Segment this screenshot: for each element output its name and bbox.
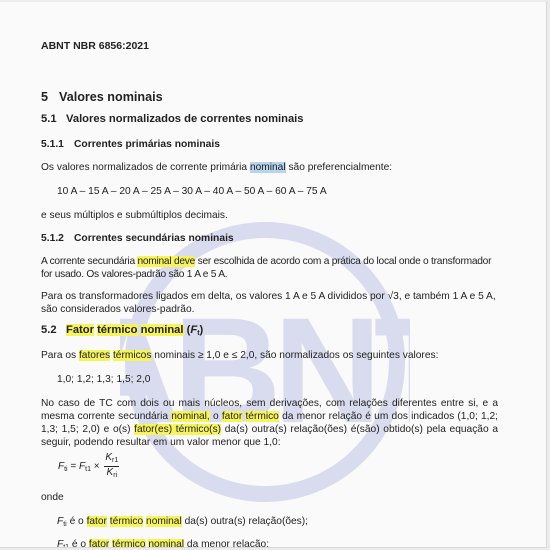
highlighted-text[interactable]: nominal <box>141 324 184 336</box>
symbol-subscript: t <box>197 330 199 337</box>
section-5-1-1-heading: 5.1.1Correntes primárias nominais <box>41 138 220 151</box>
section-number: 5.1 <box>41 113 66 126</box>
paragraph: A corrente secundária nominal deve ser e… <box>41 255 501 281</box>
highlighted-text[interactable]: térmico <box>112 539 145 548</box>
eq-subscript: ri <box>113 472 117 479</box>
highlighted-text[interactable]: térmicos <box>113 350 152 361</box>
definition-row: Fti é o fator térmico nominal da(s) outr… <box>57 515 308 531</box>
text: nominais ≥ 1,0 e ≤ 2,0, são normalizados… <box>151 350 438 361</box>
highlighted-text[interactable]: nominal, <box>171 411 210 422</box>
equation: Fti = Ft1 × Kr1Kri <box>58 452 119 481</box>
highlighted-text[interactable]: nominal <box>137 256 171 267</box>
paragraph: Os valores normalizados de corrente prim… <box>41 161 392 174</box>
onde-label: onde <box>41 491 64 504</box>
highlighted-text[interactable]: térmico <box>245 411 278 422</box>
section-title: Correntes secundárias nominais <box>74 233 234 244</box>
text: é o <box>67 516 87 527</box>
highlighted-text[interactable]: deve <box>174 256 195 267</box>
highlighted-text[interactable]: fator <box>87 516 107 527</box>
primary-current-values: 10 A – 15 A – 20 A – 25 A – 30 A – 40 A … <box>57 185 327 198</box>
section-title: Valores nominais <box>59 90 163 104</box>
text: o <box>210 411 222 422</box>
section-5-1-heading: 5.1Valores normalizados de correntes nom… <box>41 113 304 126</box>
section-number: 5.1.2 <box>41 232 74 245</box>
eq-operator: × <box>91 461 102 472</box>
paragraph: Para os transformadores ligados em delta… <box>41 290 501 316</box>
section-number: 5.1.1 <box>41 138 74 151</box>
selected-text[interactable]: nominal <box>250 162 286 173</box>
document-page: ABNT ABNT NBR 6856:2021 5Valores nominai… <box>0 2 547 548</box>
highlighted-text[interactable]: nominal <box>148 539 184 548</box>
text: A corrente secundária <box>41 256 137 267</box>
text: Os valores normalizados de corrente prim… <box>41 162 250 173</box>
text: Para os <box>41 350 79 361</box>
highlighted-text[interactable]: nominal <box>146 516 182 527</box>
document-header: ABNT NBR 6856:2021 <box>41 40 149 53</box>
highlighted-text[interactable]: fator(es) térmico(s) <box>134 424 221 435</box>
eq-subscript: r1 <box>112 457 118 464</box>
paragraph: Para os fatores térmicos nominais ≥ 1,0 … <box>41 349 438 362</box>
text: são preferencialmente: <box>286 162 392 173</box>
paragraph: No caso de TC com dois ou mais núcleos, … <box>41 397 498 449</box>
section-number: 5 <box>41 91 59 104</box>
section-5-heading: 5Valores nominais <box>41 91 163 104</box>
text: da(s) outra(s) relação(ões); <box>182 516 308 527</box>
section-5-1-2-heading: 5.1.2Correntes secundárias nominais <box>41 232 234 245</box>
eq-operator: = <box>68 461 79 472</box>
definition-row: Ft1 é o fator térmico nominal da menor r… <box>57 538 269 548</box>
section-title: Correntes primárias nominais <box>74 139 220 150</box>
section-number: 5.2 <box>41 324 66 337</box>
eq-fraction: Kr1Kri <box>104 452 119 481</box>
highlighted-text[interactable]: Fator <box>66 324 94 336</box>
paragraph: e seus múltiplos e submúltiplos decimais… <box>41 209 228 222</box>
highlighted-text[interactable]: térmico <box>110 516 143 527</box>
section-title: Valores normalizados de correntes nomina… <box>66 113 304 125</box>
highlighted-text[interactable]: fatores <box>79 350 110 361</box>
text: é o <box>69 539 89 548</box>
thermal-factor-values: 1,0; 1,2; 1,3; 1,5; 2,0 <box>57 373 150 386</box>
highlighted-text[interactable]: fator <box>222 411 242 422</box>
text: da menor relação; <box>184 539 269 548</box>
highlighted-text[interactable]: térmico <box>97 324 137 336</box>
highlighted-text[interactable]: fator <box>89 539 109 548</box>
section-5-2-heading: 5.2Fator térmico nominal (Ft) <box>41 324 203 340</box>
